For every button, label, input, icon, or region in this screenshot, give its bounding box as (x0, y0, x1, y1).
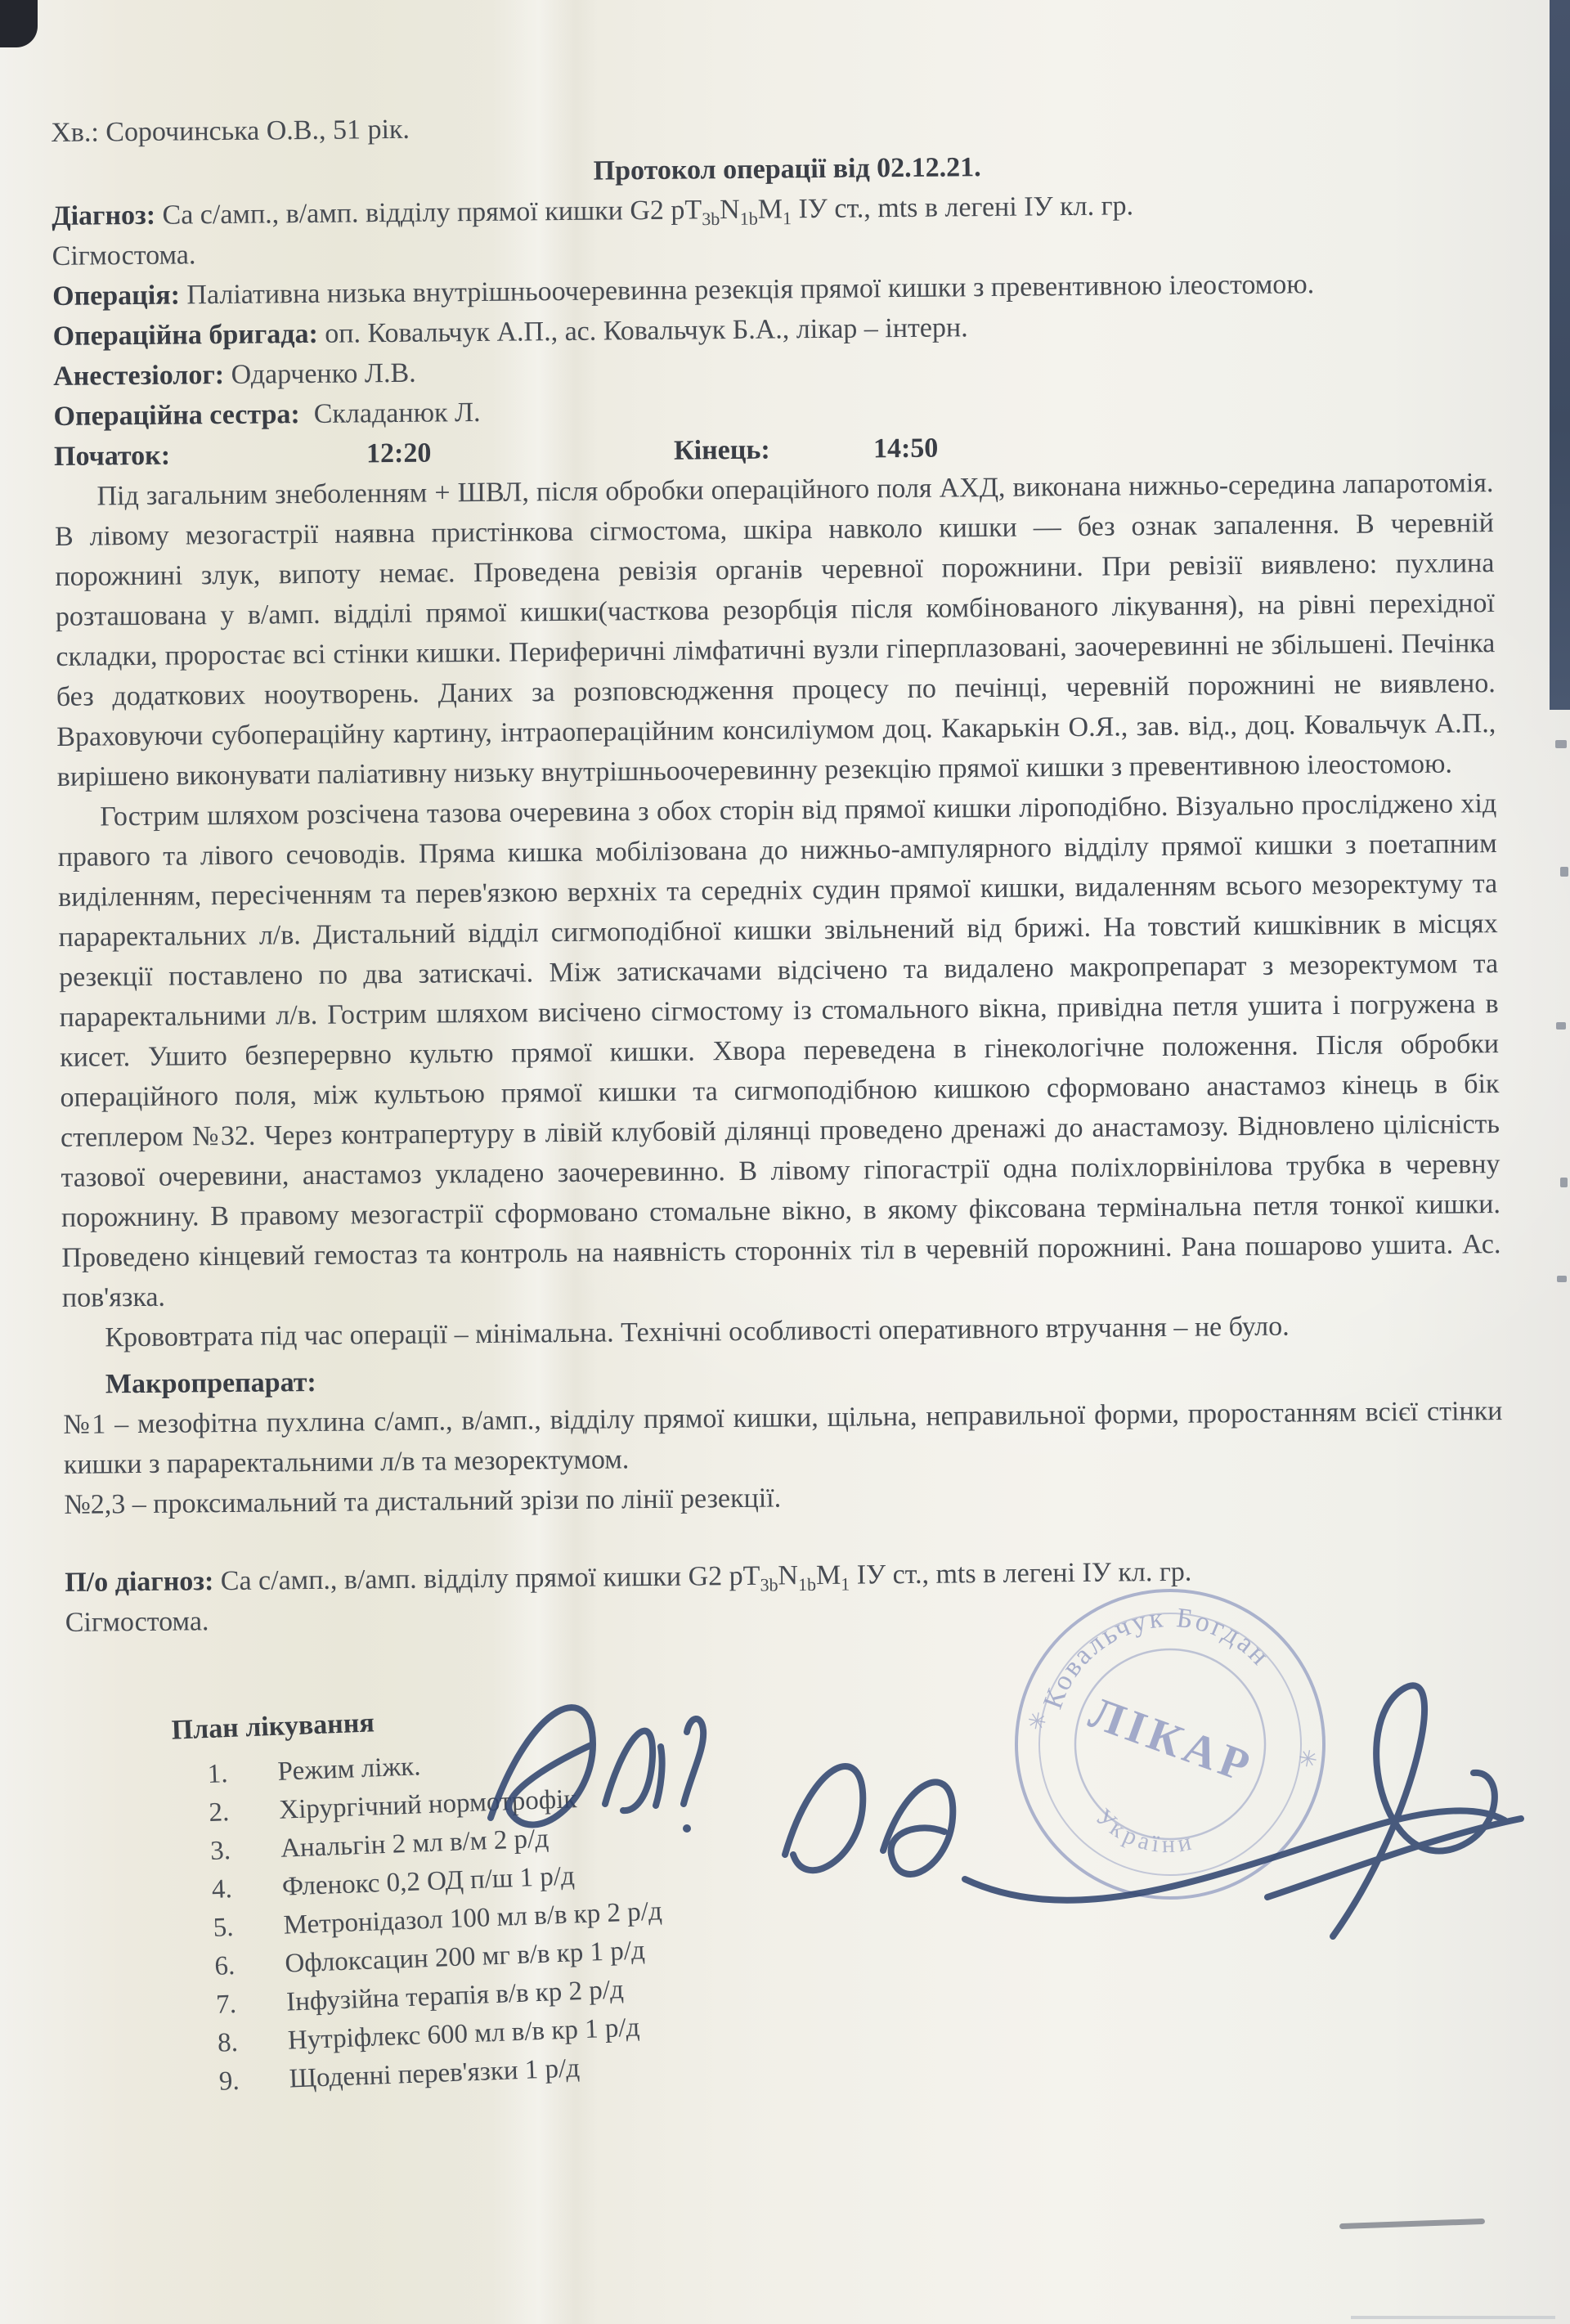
field-diagnosis-label: Діагноз: (52, 200, 155, 231)
field-nurse-label: Операційна сестра: (53, 399, 300, 432)
document-content: Хв.: Сорочинська О.В., 51 рік. Протокол … (51, 99, 1509, 2104)
operative-paragraph-1: Під загальним знеболенням + ШВЛ, після о… (54, 463, 1496, 797)
edge-mark (1557, 1276, 1567, 1282)
postop-diagnosis: П/о діагноз: Са с/амп., в/амп. відділу п… (65, 1549, 1505, 1643)
field-brigade-label: Операційна бригада: (52, 319, 318, 352)
edge-mark (1560, 1178, 1568, 1187)
field-diagnosis-text: Са с/амп., в/амп. відділу прямої кишки G… (162, 191, 1133, 230)
edge-mark (1560, 867, 1568, 877)
field-diagnosis: Діагноз: Са с/амп., в/амп. відділу прямо… (52, 182, 1491, 276)
end-time-value: 14:50 (873, 428, 939, 469)
field-anesthesiologist-label: Анестезіолог: (53, 360, 224, 392)
end-time-label: Кінець: (674, 430, 770, 471)
postop-diagnosis-line2: Сігмостома. (65, 1589, 1504, 1643)
treatment-plan-list: 1.Режим ліжк. 2.Хірургічний нормотрофік … (173, 1707, 1519, 2102)
photo-corner-artifact (0, 0, 38, 47)
postop-diagnosis-label: П/о діагноз: (65, 1566, 213, 1598)
macro-section: Макропрепарат: №1 – мезофітна пухлина с/… (63, 1351, 1504, 1525)
start-time-label: Початок: (54, 436, 170, 477)
scanned-operation-protocol: { "patient_line": "Хв.: Сорочинська О.В.… (0, 0, 1570, 2324)
field-anesthesiologist-text: Одарченко Л.В. (231, 358, 415, 390)
edge-mark (1556, 1022, 1566, 1030)
field-operation-text: Паліативна низька внутрішньоочеревинна р… (186, 269, 1314, 310)
photo-edge-strip (1550, 0, 1570, 710)
operative-paragraph-2: Гострим шляхом розсічена тазова очеревин… (57, 783, 1501, 1318)
edge-mark (1555, 740, 1567, 748)
postop-diagnosis-text: Са с/амп., в/амп. відділу прямої кишки G… (221, 1557, 1192, 1596)
field-nurse-text: Складанюк Л. (314, 397, 481, 429)
field-operation-label: Операція: (52, 280, 180, 311)
treatment-plan: План лікування 1.Режим ліжк. 2.Хірургічн… (171, 1660, 1519, 2102)
field-brigade-text: оп. Ковальчук А.П., ас. Ковальчук Б.А., … (325, 312, 968, 349)
macro-item-1: №1 – мезофітна пухлина с/амп., в/амп., в… (63, 1391, 1503, 1485)
photo-bottom-line (1351, 2316, 1555, 2319)
start-time-value: 12:20 (366, 433, 432, 474)
